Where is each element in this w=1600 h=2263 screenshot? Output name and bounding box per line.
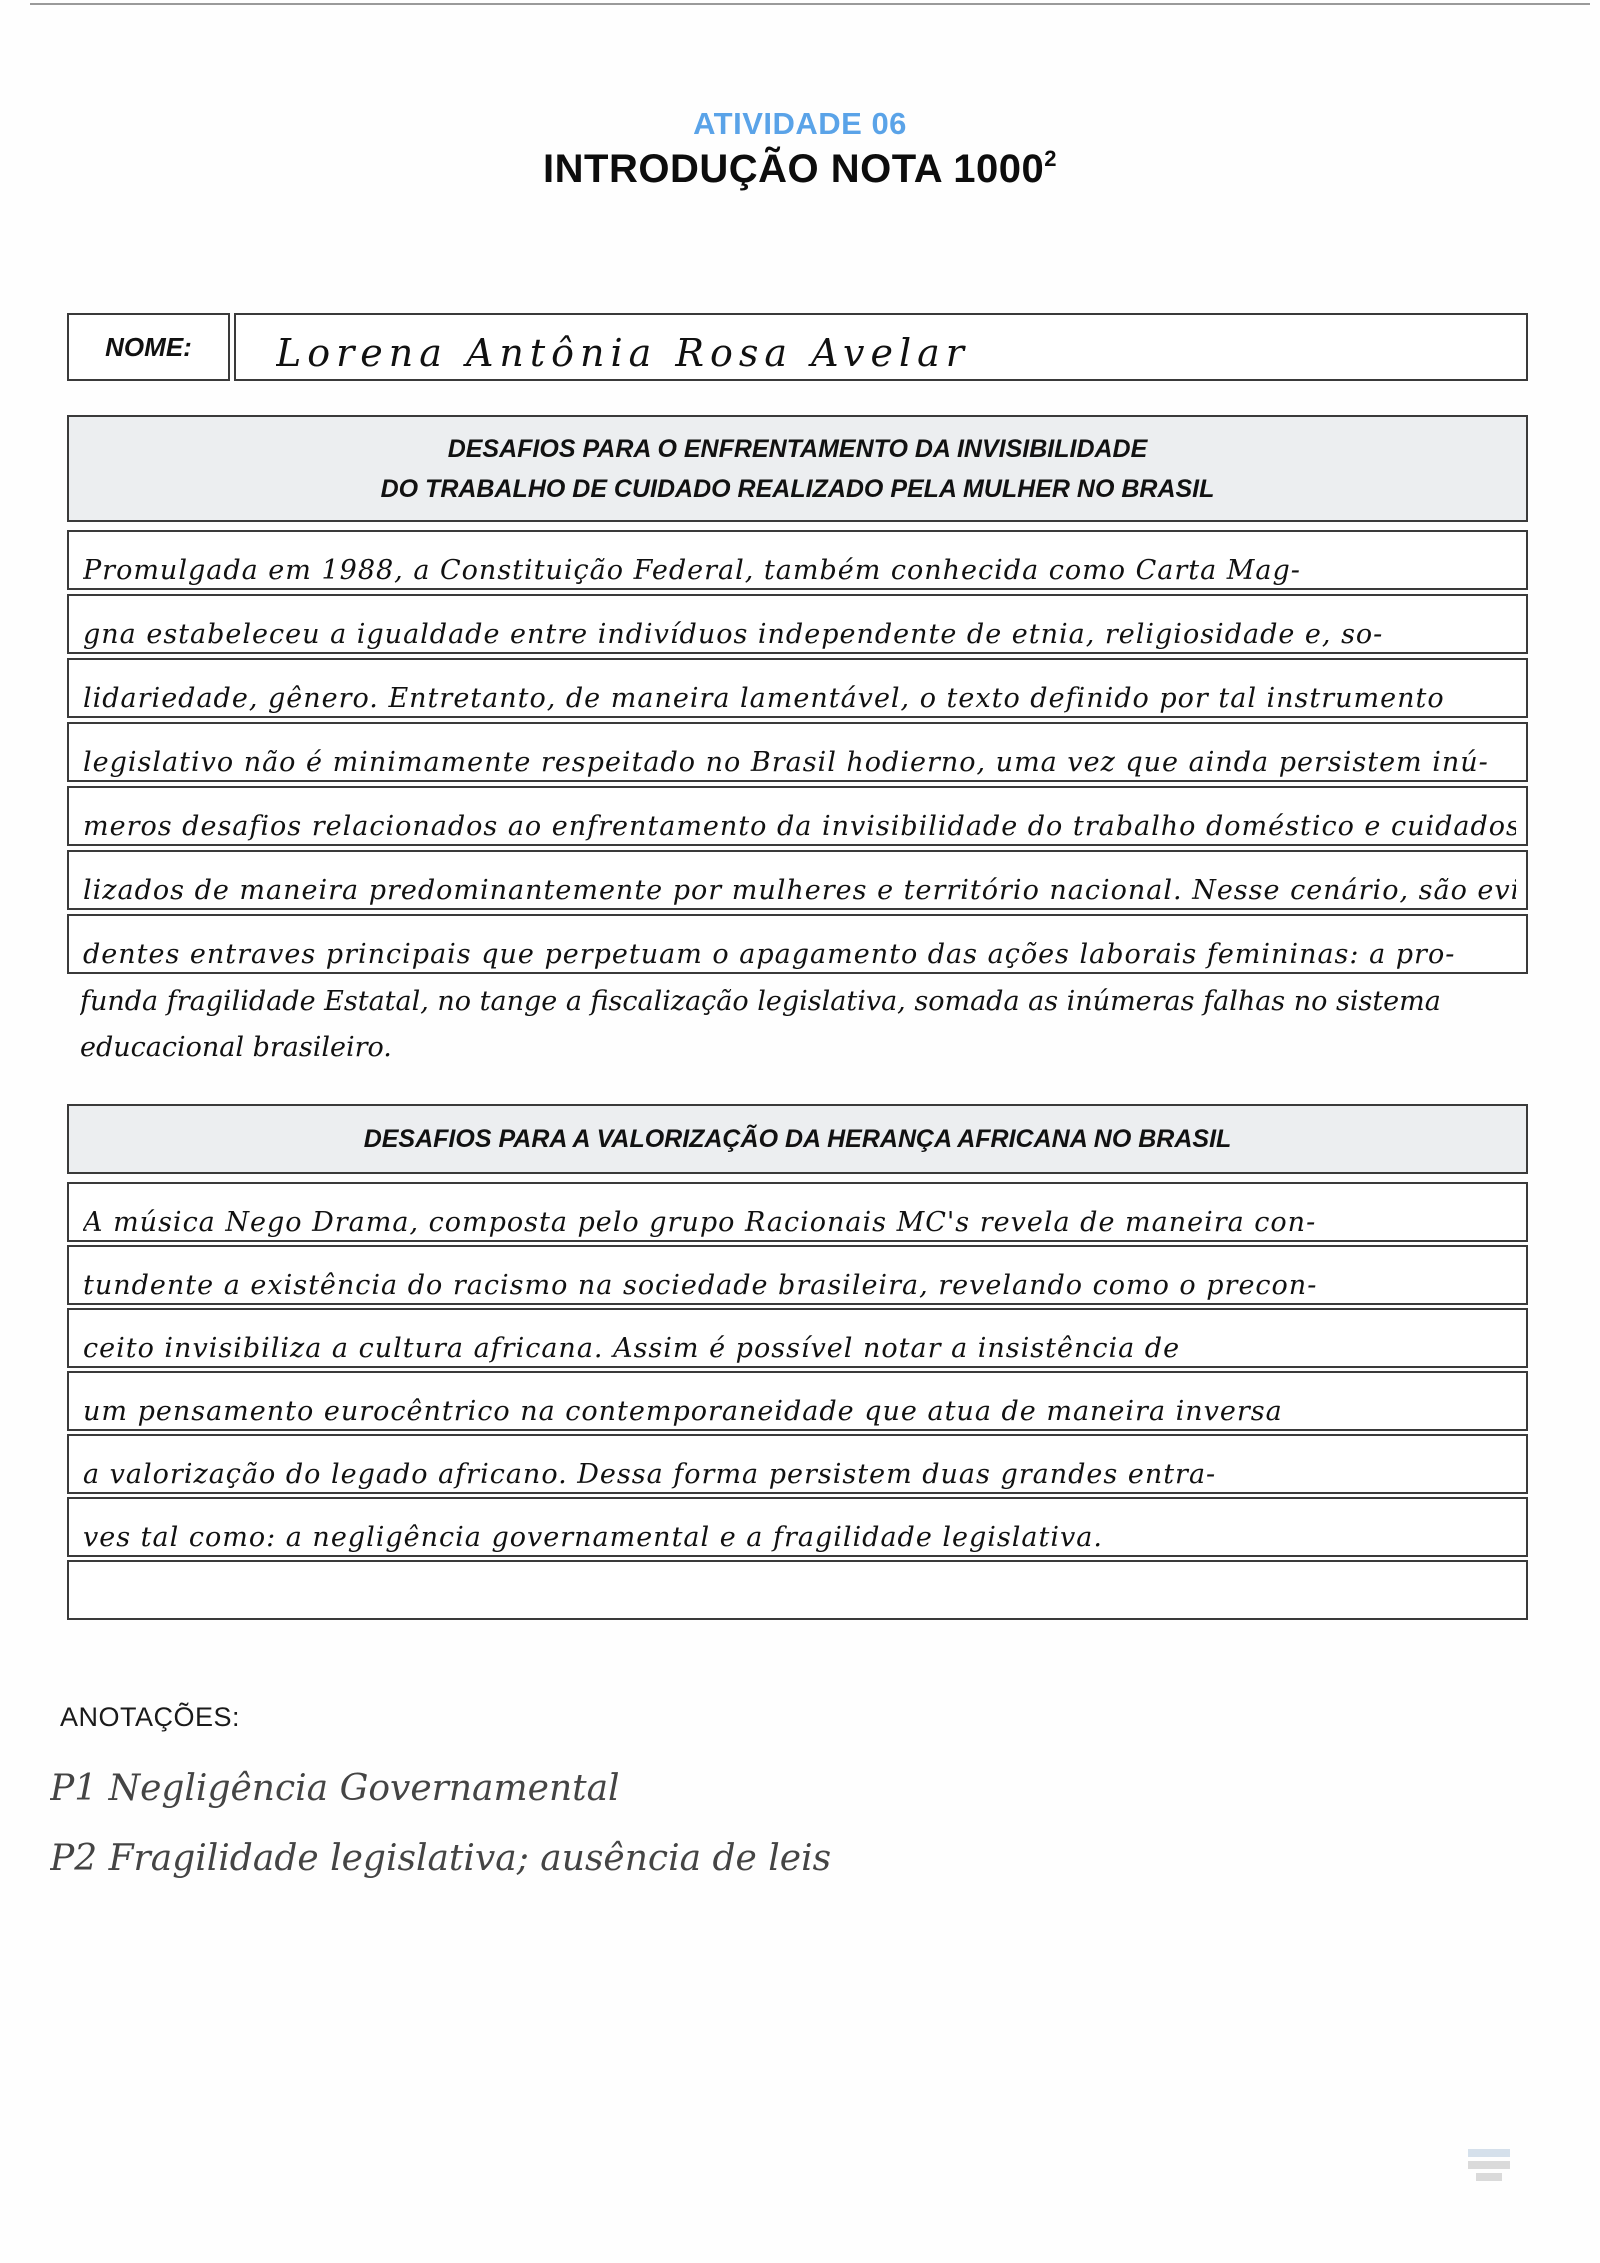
writing-line[interactable]: gna estabeleceu a igualdade entre indiví… bbox=[67, 594, 1528, 654]
section-2-heading-line: DESAFIOS PARA A VALORIZAÇÃO DA HERANÇA A… bbox=[364, 1119, 1232, 1159]
handwritten-text: tundente a existência do racismo na soci… bbox=[83, 1269, 1516, 1303]
handwritten-text: um pensamento eurocêntrico na contempora… bbox=[83, 1395, 1516, 1429]
section-1-heading-line: DESAFIOS PARA O ENFRENTAMENTO DA INVISIB… bbox=[448, 429, 1148, 469]
handwritten-text: A música Nego Drama, composta pelo grupo… bbox=[83, 1206, 1516, 1240]
writing-line[interactable]: A música Nego Drama, composta pelo grupo… bbox=[67, 1182, 1528, 1242]
handwritten-text: ceito invisibiliza a cultura africana. A… bbox=[83, 1332, 1516, 1366]
writing-line[interactable]: um pensamento eurocêntrico na contempora… bbox=[67, 1371, 1528, 1431]
handwritten-text: legislativo não é minimamente respeitado… bbox=[83, 746, 1516, 780]
handwritten-text: lizados de maneira predominantemente por… bbox=[83, 874, 1516, 908]
writing-line[interactable]: ceito invisibiliza a cultura africana. A… bbox=[67, 1308, 1528, 1368]
annotation-item: P2 Fragilidade legislativa; ausência de … bbox=[50, 1838, 831, 1879]
handwritten-text: dentes entraves principais que perpetuam… bbox=[83, 938, 1516, 972]
handwritten-text: funda fragilidade Estatal, no tange a fi… bbox=[80, 985, 1530, 1019]
section-1-heading: DESAFIOS PARA O ENFRENTAMENTO DA INVISIB… bbox=[67, 415, 1528, 522]
writing-line[interactable]: meros desafios relacionados ao enfrentam… bbox=[67, 786, 1528, 846]
name-label: NOME: bbox=[67, 313, 230, 381]
section-1-heading-line: DO TRABALHO DE CUIDADO REALIZADO PELA MU… bbox=[381, 469, 1215, 509]
scan-edge-line bbox=[30, 3, 1590, 5]
handwritten-text: a valorização do legado africano. Dessa … bbox=[83, 1458, 1516, 1492]
name-field[interactable]: Lorena Antônia Rosa Avelar bbox=[234, 313, 1528, 381]
writing-line[interactable]: Promulgada em 1988, a Constituição Feder… bbox=[67, 530, 1528, 590]
writing-line[interactable]: a valorização do legado africano. Dessa … bbox=[67, 1434, 1528, 1494]
section-2-heading: DESAFIOS PARA A VALORIZAÇÃO DA HERANÇA A… bbox=[67, 1104, 1528, 1174]
handwritten-text: educacional brasileiro. bbox=[80, 1031, 1530, 1065]
scanner-stamp-icon bbox=[1468, 2145, 1510, 2200]
handwritten-text: meros desafios relacionados ao enfrentam… bbox=[83, 810, 1516, 844]
title-text: INTRODUÇÃO NOTA 1000 bbox=[543, 147, 1044, 191]
handwritten-text: gna estabeleceu a igualdade entre indiví… bbox=[83, 618, 1516, 652]
writing-line[interactable]: legislativo não é minimamente respeitado… bbox=[67, 722, 1528, 782]
page-title: INTRODUÇÃO NOTA 10002 bbox=[0, 146, 1600, 192]
writing-line[interactable]: tundente a existência do racismo na soci… bbox=[67, 1245, 1528, 1305]
handwritten-text: ves tal como: a negligência governamenta… bbox=[83, 1521, 1516, 1555]
activity-number: ATIVIDADE 06 bbox=[0, 106, 1600, 142]
writing-line[interactable]: lidariedade, gênero. Entretanto, de mane… bbox=[67, 658, 1528, 718]
writing-line[interactable]: dentes entraves principais que perpetuam… bbox=[67, 914, 1528, 974]
writing-line[interactable] bbox=[67, 1560, 1528, 1620]
writing-line[interactable]: ves tal como: a negligência governamenta… bbox=[67, 1497, 1528, 1557]
handwritten-text: Promulgada em 1988, a Constituição Feder… bbox=[83, 554, 1516, 588]
annotations-label: ANOTAÇÕES: bbox=[60, 1702, 240, 1733]
name-value: Lorena Antônia Rosa Avelar bbox=[276, 331, 970, 375]
annotation-item: P1 Negligência Governamental bbox=[50, 1768, 620, 1809]
title-superscript: 2 bbox=[1044, 146, 1057, 171]
handwritten-text: lidariedade, gênero. Entretanto, de mane… bbox=[83, 682, 1516, 716]
writing-line[interactable]: lizados de maneira predominantemente por… bbox=[67, 850, 1528, 910]
